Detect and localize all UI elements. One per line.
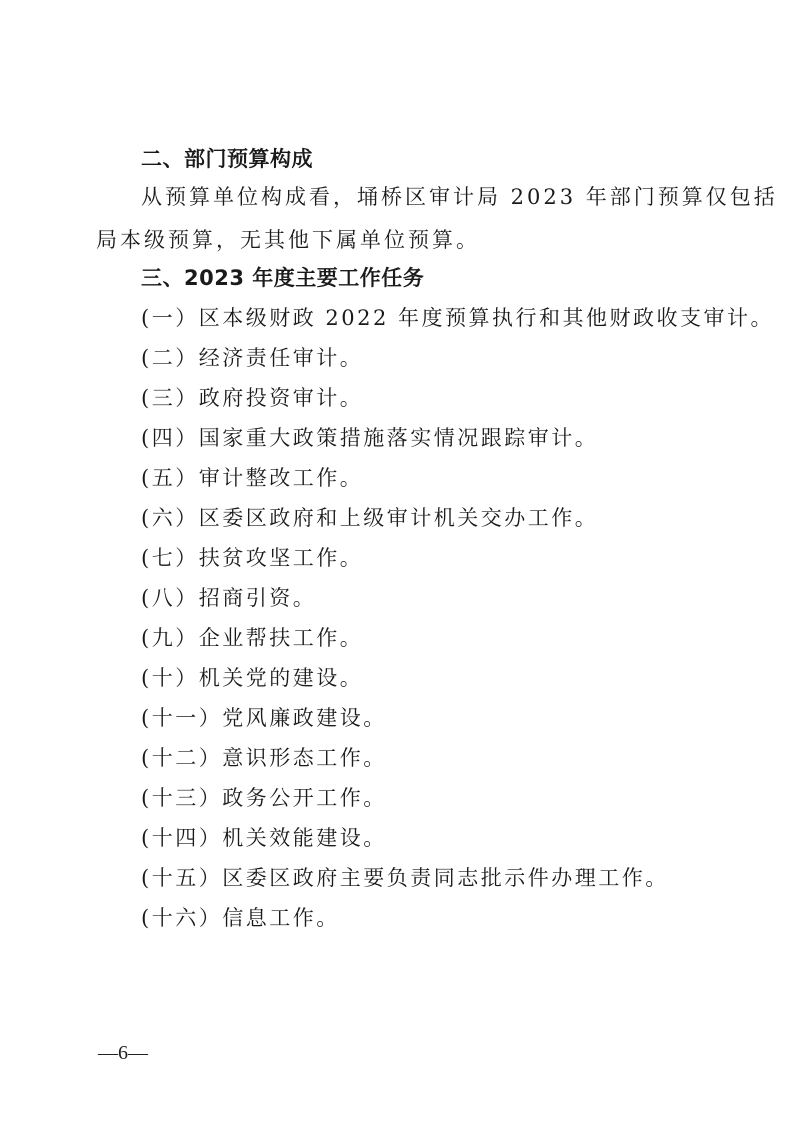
section-heading-main-tasks: 三、2023 年度主要工作任务 [141, 265, 424, 291]
task-item: (十四）机关效能建设。 [141, 825, 387, 851]
task-item: (十六）信息工作。 [141, 905, 340, 931]
task-item: (八）招商引资。 [141, 585, 316, 611]
task-item: (十三）政务公开工作。 [141, 785, 387, 811]
task-item: (二）经济责任审计。 [141, 345, 363, 371]
task-item: (十二）意识形态工作。 [141, 745, 387, 771]
section-heading-budget-composition: 二、部门预算构成 [141, 146, 313, 172]
task-item: (六）区委区政府和上级审计机关交办工作。 [141, 505, 598, 531]
document-page: 二、部门预算构成 从预算单位构成看，埇桥区审计局 2023 年部门预算仅包括 局… [0, 0, 793, 1122]
task-item: (十）机关党的建设。 [141, 665, 363, 691]
task-item: (一）区本级财政 2022 年度预算执行和其他财政收支审计。 [141, 305, 774, 331]
task-item: (九）企业帮扶工作。 [141, 625, 363, 651]
paragraph-line-1: 从预算单位构成看，埇桥区审计局 2023 年部门预算仅包括 [141, 184, 778, 210]
task-item: (十一）党风廉政建设。 [141, 705, 387, 731]
task-item: (七）扶贫攻坚工作。 [141, 545, 363, 571]
task-item: (三）政府投资审计。 [141, 385, 363, 411]
task-item: (五）审计整改工作。 [141, 465, 363, 491]
paragraph-line-2: 局本级预算，无其他下属单位预算。 [96, 227, 480, 253]
page-number: —6— [98, 1042, 148, 1065]
task-item: (十五）区委区政府主要负责同志批示件办理工作。 [141, 865, 669, 891]
task-item: (四）国家重大政策措施落实情况跟踪审计。 [141, 425, 598, 451]
